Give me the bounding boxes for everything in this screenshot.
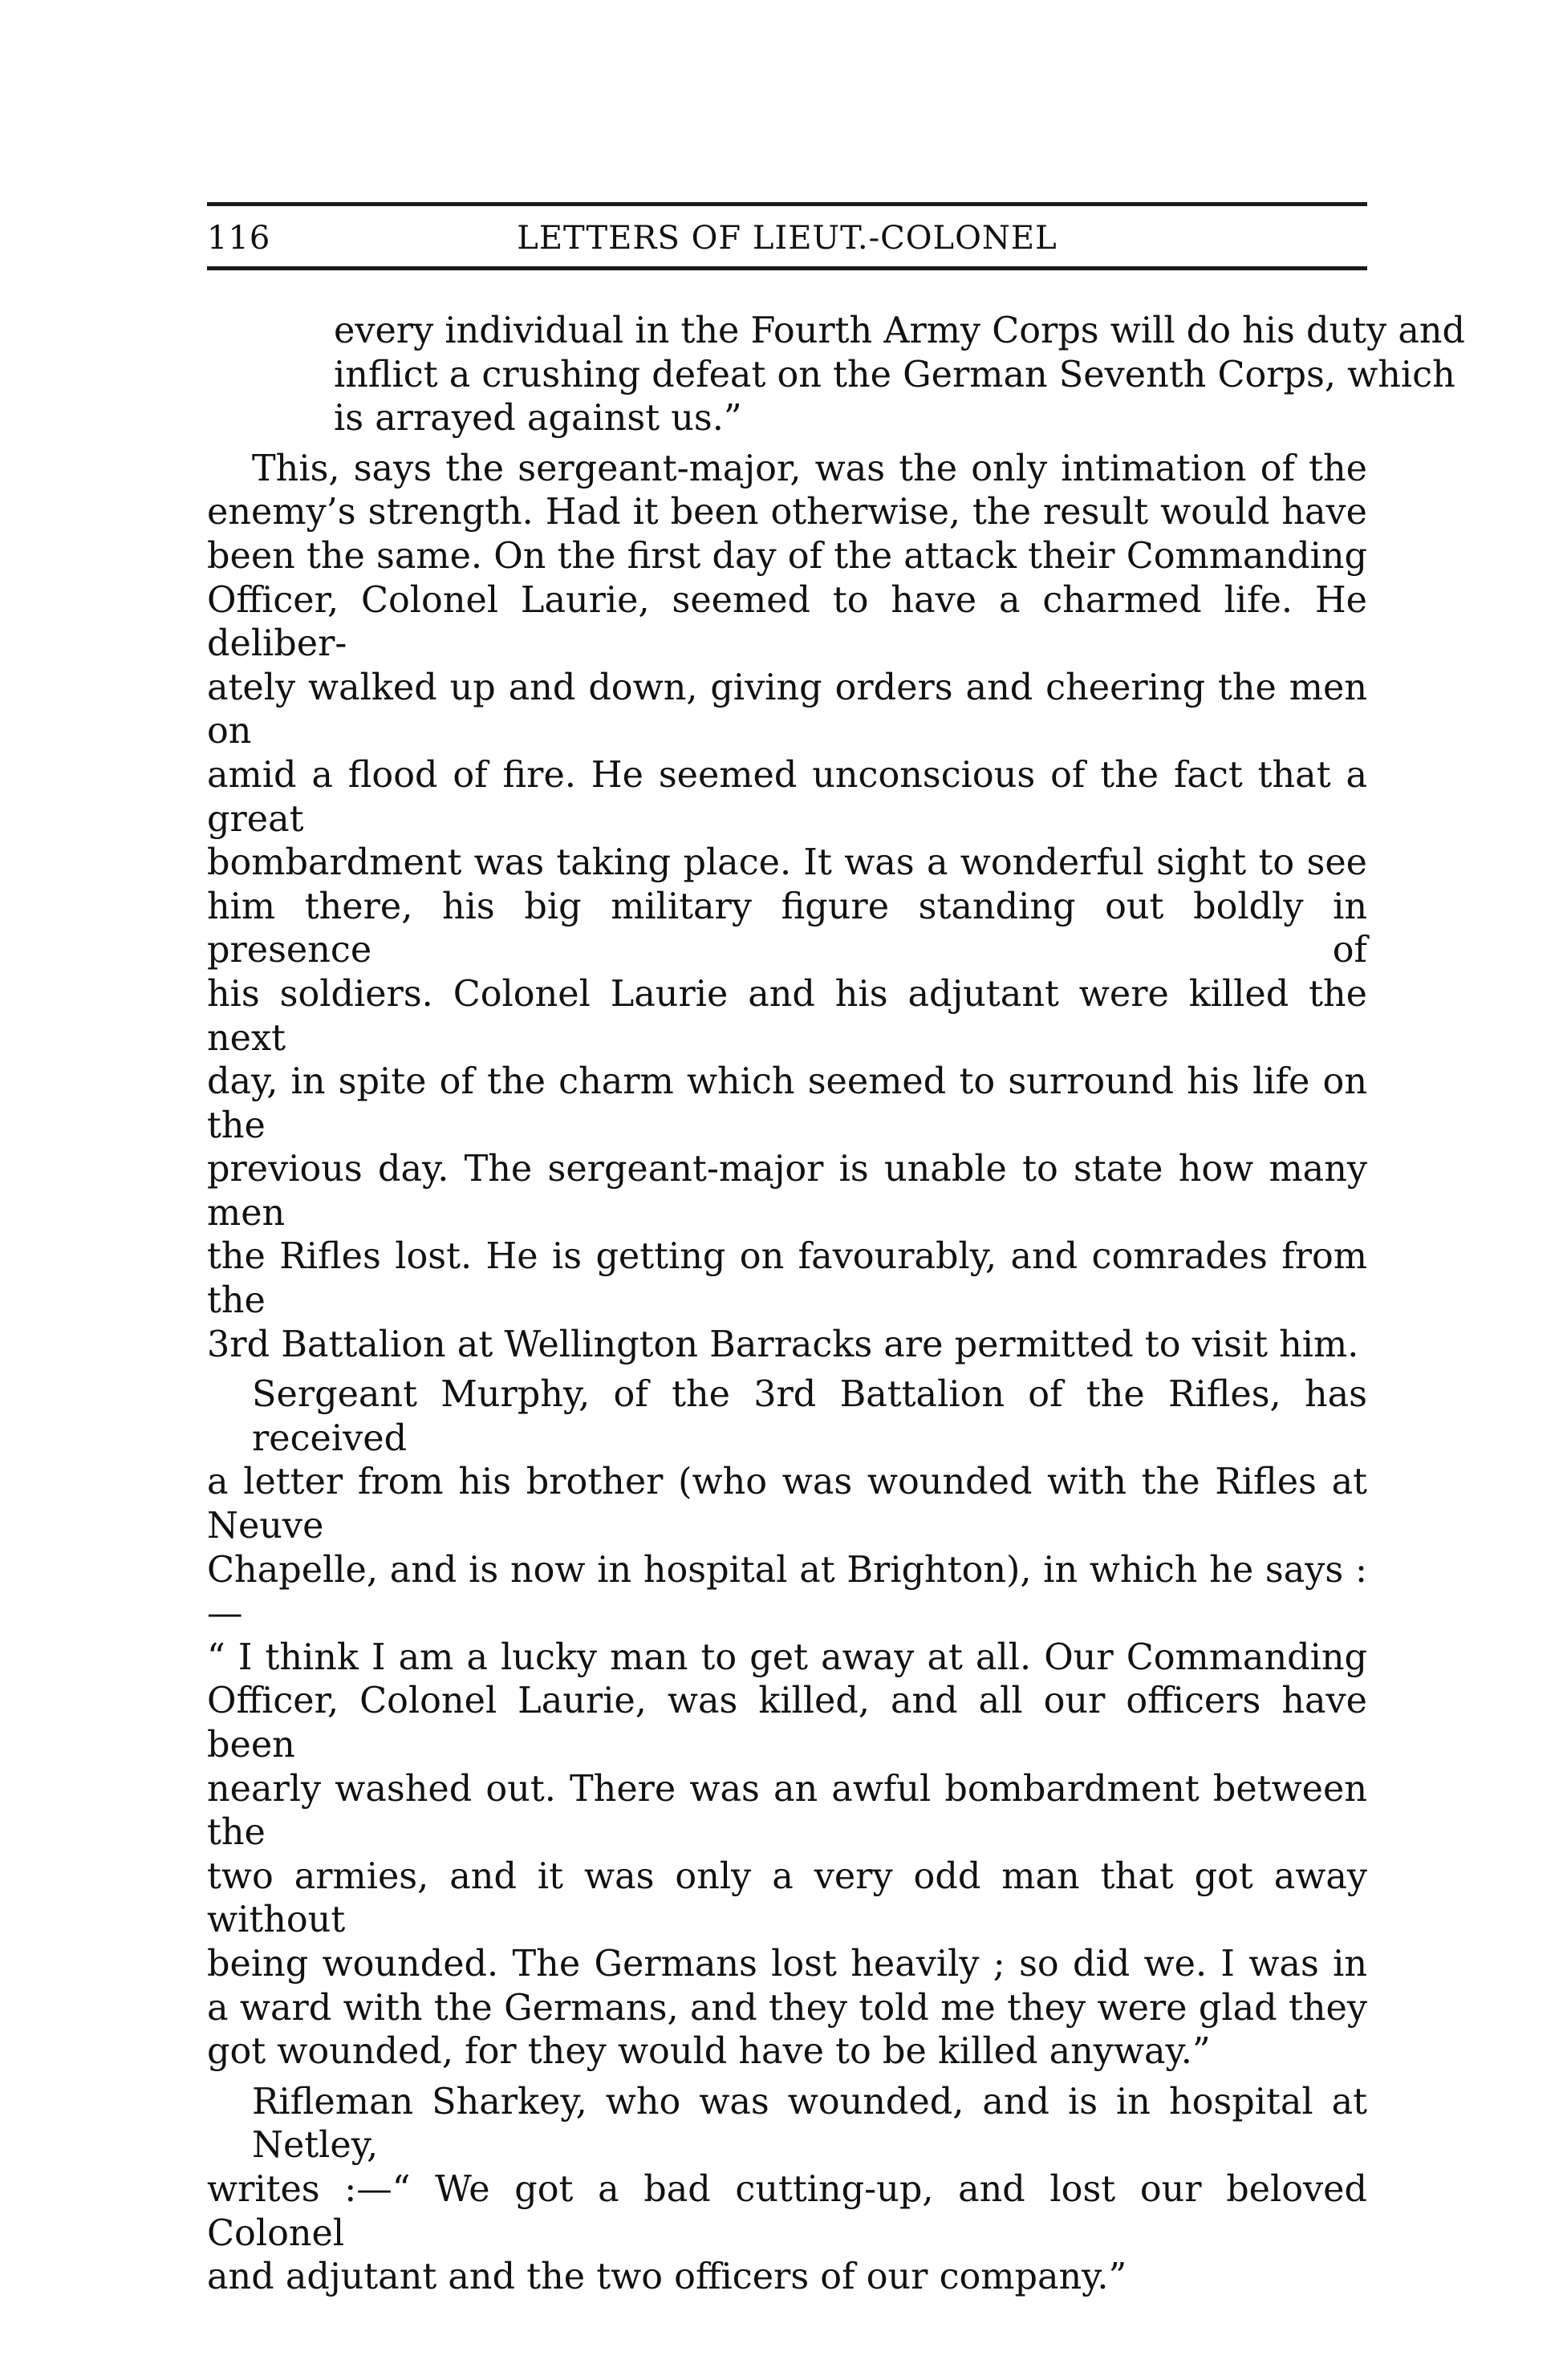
header-rule-top bbox=[207, 202, 1367, 206]
text-line: Rifleman Sharkey, who was wounded, and i… bbox=[207, 2081, 1367, 2168]
text-line: previous day. The sergeant-major is unab… bbox=[207, 1148, 1367, 1235]
text-line: day, in spite of the charm which seemed … bbox=[207, 1060, 1367, 1148]
text-line: This, says the sergeant-major, was the o… bbox=[207, 448, 1367, 492]
running-title: LETTERS OF LIEUT.-COLONEL bbox=[207, 213, 1367, 263]
text-line: a ward with the Germans, and they told m… bbox=[207, 1987, 1367, 2031]
text-line: him there, his big military figure stand… bbox=[207, 886, 1367, 973]
text-line: enemy’s strength. Had it been otherwise,… bbox=[207, 491, 1367, 535]
paragraph-sergeant-murphy: Sergeant Murphy, of the 3rd Battalion of… bbox=[207, 1373, 1367, 2074]
text-line: every individual in the Fourth Army Corp… bbox=[334, 310, 1367, 354]
text-line: Sergeant Murphy, of the 3rd Battalion of… bbox=[207, 1373, 1367, 1461]
text-line: writes :—“ We got a bad cutting-up, and … bbox=[207, 2168, 1367, 2256]
text-line: nearly washed out. There was an awful bo… bbox=[207, 1768, 1367, 1855]
paragraph-sergeant-major: This, says the sergeant-major, was the o… bbox=[207, 448, 1367, 1367]
text-line: Officer, Colonel Laurie, was killed, and… bbox=[207, 1680, 1367, 1767]
text-line: the Rifles lost. He is getting on favour… bbox=[207, 1235, 1367, 1323]
text-line: amid a flood of fire. He seemed unconsci… bbox=[207, 754, 1367, 841]
text-line: been the same. On the first day of the a… bbox=[207, 535, 1367, 579]
running-header: 116 LETTERS OF LIEUT.-COLONEL bbox=[207, 213, 1367, 263]
text-line: being wounded. The Germans lost heavily … bbox=[207, 1943, 1367, 1987]
quote-continuation: every individual in the Fourth Army Corp… bbox=[334, 310, 1367, 441]
header-rule-bottom bbox=[207, 266, 1367, 270]
text-line: Chapelle, and is now in hospital at Brig… bbox=[207, 1549, 1367, 1636]
text-line: his soldiers. Colonel Laurie and his adj… bbox=[207, 973, 1367, 1060]
text-line: 3rd Battalion at Wellington Barracks are… bbox=[207, 1324, 1367, 1368]
text-line: bombardment was taking place. It was a w… bbox=[207, 841, 1367, 886]
text-line: got wounded, for they would have to be k… bbox=[207, 2030, 1367, 2074]
text-line: two armies, and it was only a very odd m… bbox=[207, 1855, 1367, 1943]
text-line: ately walked up and down, giving orders … bbox=[207, 667, 1367, 754]
text-line: a letter from his brother (who was wound… bbox=[207, 1461, 1367, 1548]
text-line: Officer, Colonel Laurie, seemed to have … bbox=[207, 579, 1367, 667]
text-line: and adjutant and the two officers of our… bbox=[207, 2256, 1367, 2300]
page-body: every individual in the Fourth Army Corp… bbox=[207, 310, 1367, 2300]
text-line: is arrayed against us.” bbox=[334, 397, 1367, 441]
text-line: “ I think I am a lucky man to get away a… bbox=[207, 1636, 1367, 1681]
text-line: inflict a crushing defeat on the German … bbox=[334, 354, 1367, 398]
paragraph-rifleman-sharkey: Rifleman Sharkey, who was wounded, and i… bbox=[207, 2081, 1367, 2300]
